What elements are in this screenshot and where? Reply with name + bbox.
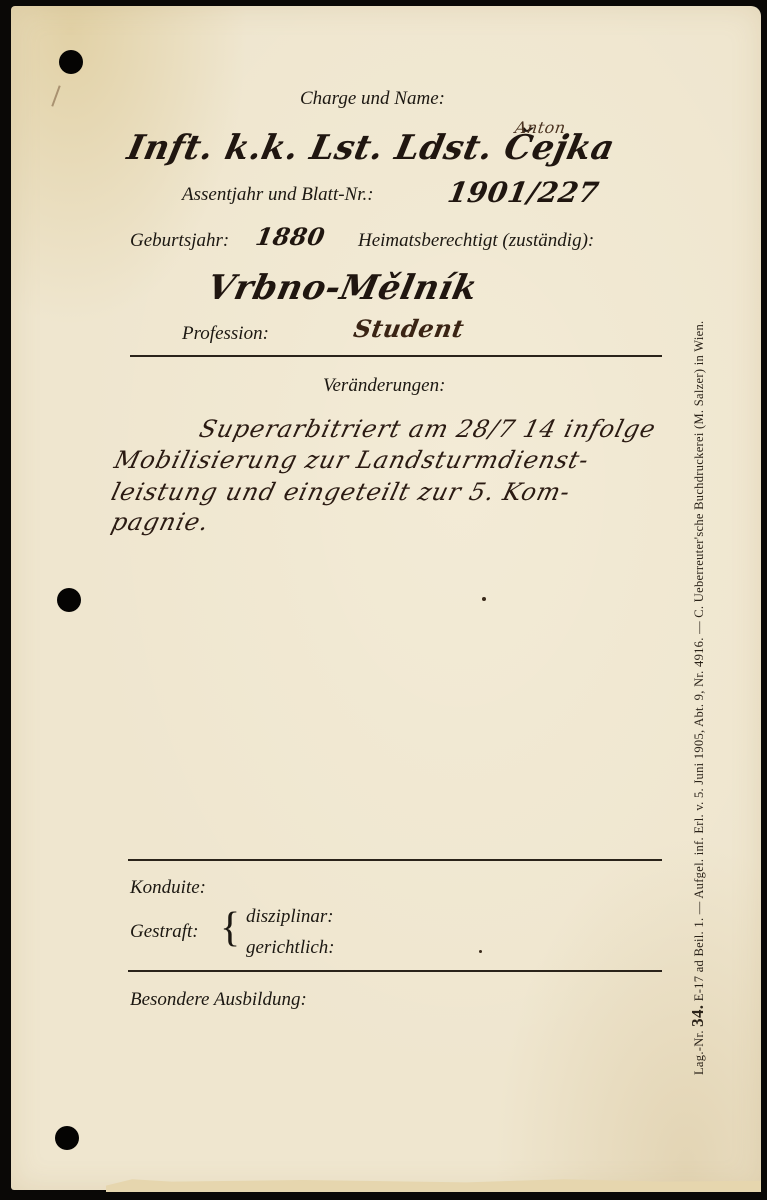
conduct-label: Konduite: <box>130 877 206 899</box>
lag-prefix: Lag.-Nr. <box>692 1030 706 1075</box>
punch-hole-top <box>59 50 83 74</box>
judicial-label: gerichtlich: <box>246 937 335 959</box>
changes-line: pagnie. <box>109 508 213 536</box>
changes-line: Superarbitriert am 28/7 14 infolge <box>197 415 660 443</box>
birth-year-label: Geburtsjahr: <box>130 230 229 252</box>
given-name-value: Anton <box>514 118 567 137</box>
disciplinary-label: disziplinar: <box>246 906 334 928</box>
imprint-text: E-17 ad Beil. 1. — Aufgel. inf. Erl. v. … <box>692 321 706 1002</box>
profession-label: Profession: <box>182 323 269 345</box>
training-label: Besondere Ausbildung: <box>130 989 307 1011</box>
punch-hole-bottom <box>55 1126 79 1150</box>
charge-name-label: Charge und Name: <box>300 88 445 110</box>
punished-label: Gestraft: <box>130 921 199 943</box>
profession-value: Student <box>351 314 466 343</box>
divider-rule <box>128 859 662 861</box>
homeland-value: Vrbno-Mělník <box>204 268 481 308</box>
ink-speck <box>479 950 482 953</box>
brace: { <box>220 907 240 949</box>
homeland-label: Heimatsberechtigt (zuständig): <box>358 230 594 252</box>
printer-imprint: Lag.-Nr. 34. E-17 ad Beil. 1. — Aufgel. … <box>688 321 708 1075</box>
lag-number: 34. <box>688 1005 707 1027</box>
torn-bottom-edge <box>106 1176 761 1192</box>
ink-speck <box>482 597 486 601</box>
divider-rule <box>130 355 662 357</box>
changes-line: Mobilisierung zur Landsturmdienst- <box>112 446 593 474</box>
punch-hole-middle <box>57 588 81 612</box>
changes-label: Veränderungen: <box>323 375 445 397</box>
birth-year-value: 1880 <box>253 222 327 251</box>
divider-rule <box>128 970 662 972</box>
record-card <box>11 6 761 1190</box>
assent-value: 1901/227 <box>445 176 601 209</box>
changes-line: leistung und eingeteilt zur 5. Kom- <box>109 478 574 506</box>
assent-label: Assentjahr und Blatt-Nr.: <box>182 184 374 206</box>
